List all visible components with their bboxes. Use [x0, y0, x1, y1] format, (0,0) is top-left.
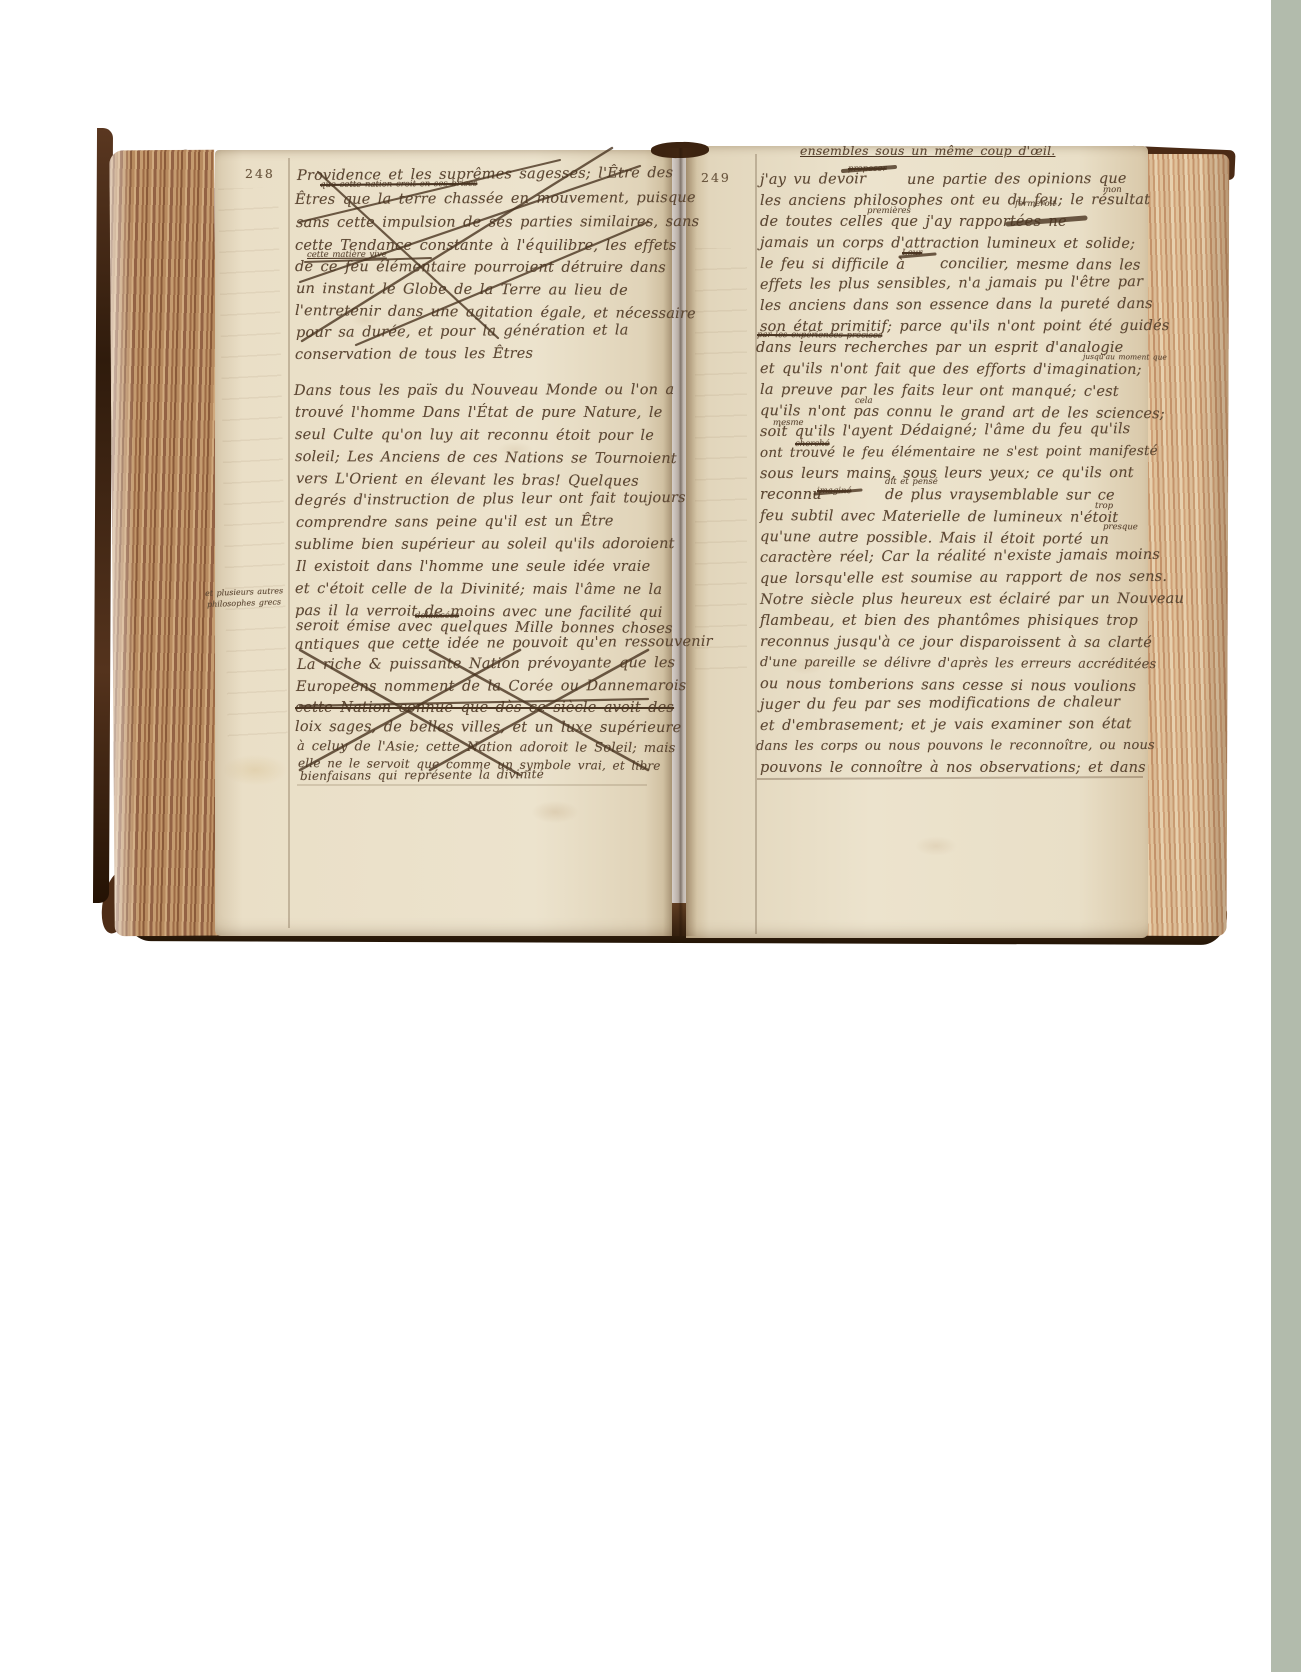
manuscript-photo: 248 249 ensembles sous un même coup d'œi… — [0, 0, 1301, 1672]
green-accent-strip — [1271, 0, 1301, 1672]
crossout-stroke — [356, 222, 648, 345]
crossout-stroke — [300, 699, 648, 706]
open-manuscript-book: 248 249 ensembles sous un même coup d'œi… — [95, 128, 1240, 950]
crossout-stroke — [843, 167, 895, 171]
crossout-stroke — [302, 148, 612, 341]
crossout-stroke — [815, 490, 861, 494]
crossout-stroke — [300, 166, 640, 282]
ink-crossout-strokes — [95, 128, 1240, 950]
crossout-stroke — [1008, 218, 1085, 224]
crossout-stroke — [900, 254, 935, 257]
